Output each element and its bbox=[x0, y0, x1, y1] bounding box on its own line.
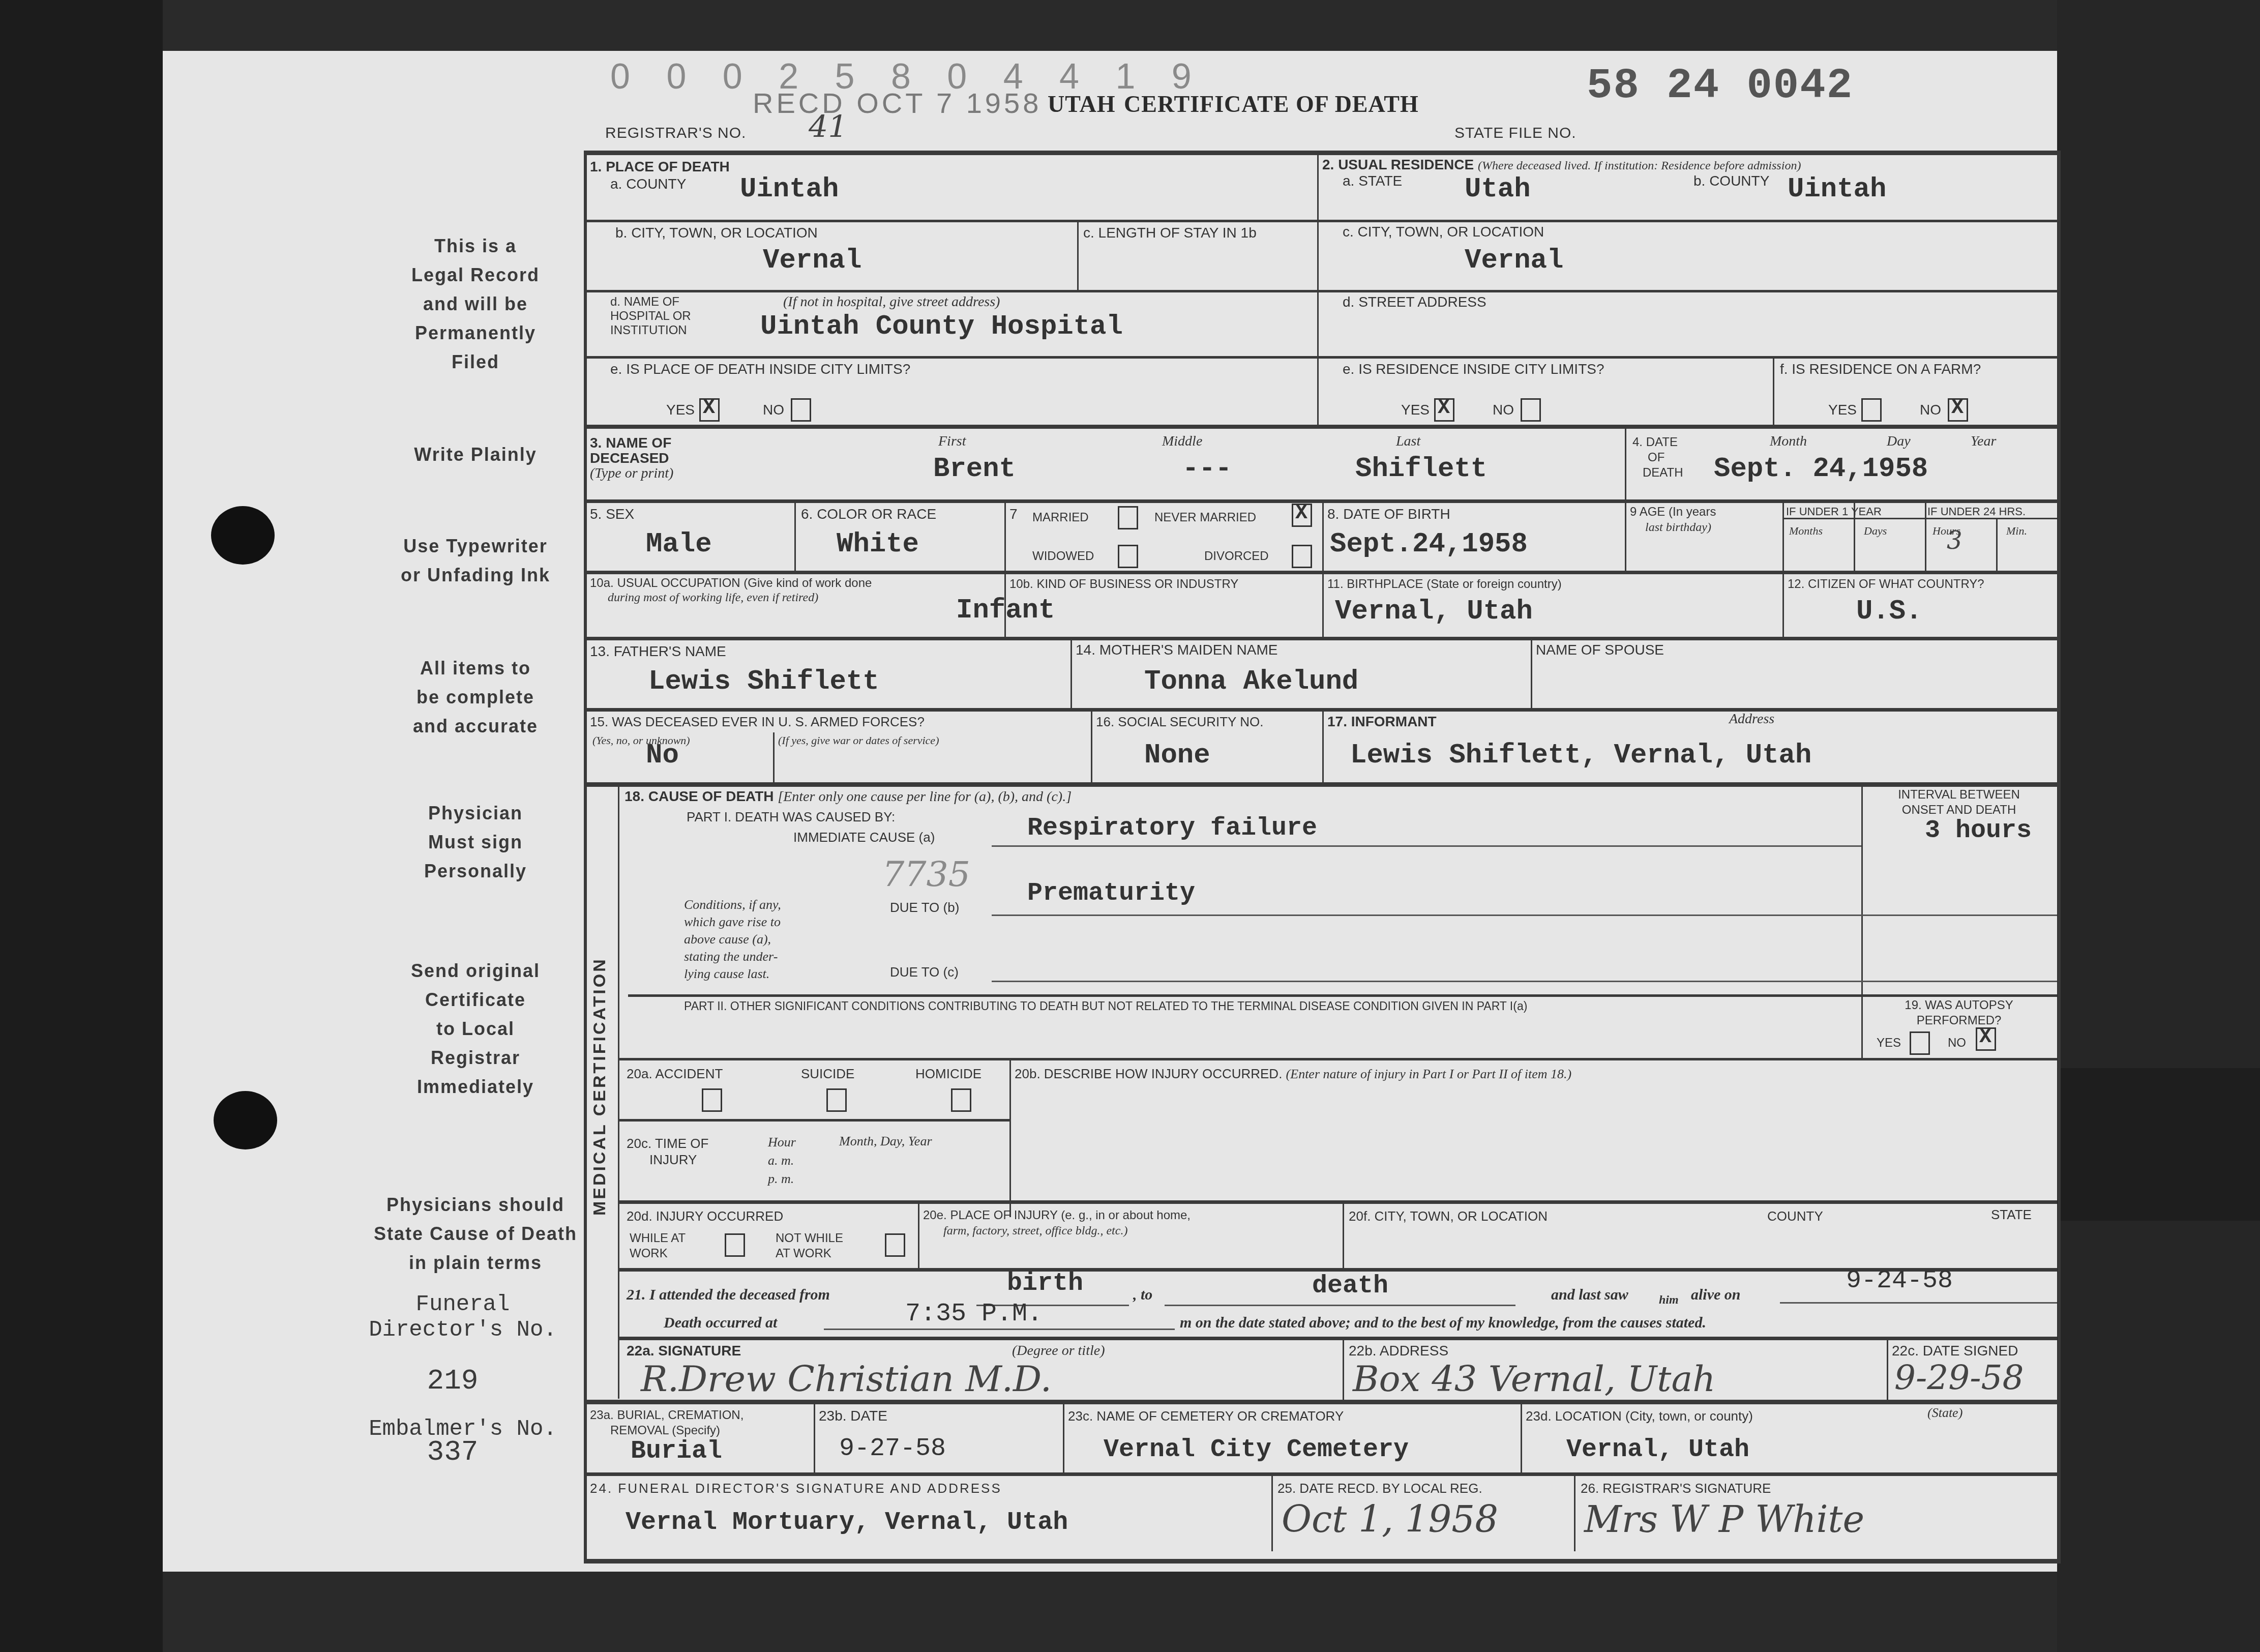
divider bbox=[584, 499, 2058, 503]
name-of-deceased-label: 3. NAME OF DECEASED (Type or print) bbox=[590, 435, 673, 481]
margin-note-line: Immediately bbox=[376, 1072, 575, 1101]
divider bbox=[1521, 1403, 1522, 1474]
attended-to-line bbox=[1165, 1305, 1515, 1306]
registrars-no-label: REGISTRAR'S NO. bbox=[605, 125, 746, 142]
accident-checkbox[interactable] bbox=[702, 1088, 722, 1112]
divider bbox=[814, 1403, 815, 1474]
margin-note-line: and accurate bbox=[376, 712, 575, 741]
last-name-label: Last bbox=[1396, 433, 1420, 450]
margin-note-complete: All items to be complete and accurate bbox=[376, 654, 575, 741]
label-line: 19. WAS AUTOPSY bbox=[1867, 998, 2050, 1013]
divider bbox=[1343, 1203, 1344, 1269]
divider bbox=[584, 637, 2058, 640]
date-of-birth[interactable]: Sept.24,1958 bbox=[1330, 529, 1528, 560]
citizen-label: 12. CITIZEN OF WHAT COUNTRY? bbox=[1788, 576, 1984, 593]
not-while-at-work-checkbox[interactable] bbox=[885, 1233, 905, 1257]
death-inside-city-no-checkbox[interactable] bbox=[791, 398, 811, 422]
age-hours[interactable]: 3 bbox=[1947, 526, 1962, 555]
homicide-label: HOMICIDE bbox=[915, 1066, 982, 1082]
label-line: ONSET AND DEATH bbox=[1867, 803, 2050, 818]
received-stamp: RECD OCT 7 1958 bbox=[753, 86, 1042, 120]
while-at-work-label: WHILE AT WORK bbox=[630, 1231, 686, 1261]
informant-address-label: Address bbox=[1729, 711, 1774, 727]
physician-address[interactable]: Box 43 Vernal, Utah bbox=[1353, 1358, 1715, 1400]
punch-hole-icon bbox=[214, 1091, 277, 1149]
divider bbox=[794, 501, 796, 572]
section-label-medical-certification: MEDICAL CERTIFICATION bbox=[590, 957, 610, 1216]
cause-of-death-label: 18. CAUSE OF DEATH [Enter only one cause… bbox=[625, 788, 1072, 805]
label-line: 4. DATE bbox=[1632, 435, 1683, 450]
label-line: farm, factory, street, office bldg., etc… bbox=[923, 1223, 1191, 1238]
signature-label: 22a. SIGNATURE bbox=[627, 1343, 741, 1359]
father-name[interactable]: Lewis Shiflett bbox=[648, 666, 879, 697]
physician-signature[interactable]: R.Drew Christian M.D. bbox=[641, 1358, 1052, 1400]
months-label: Months bbox=[1789, 523, 1823, 539]
registrars-no-value: 41 bbox=[809, 109, 847, 145]
attended-text: 21. I attended the deceased from bbox=[627, 1287, 830, 1303]
death-occurred-text: Death occurred at bbox=[664, 1315, 777, 1331]
residence-inside-city-yes-checkbox[interactable] bbox=[1434, 398, 1454, 422]
embalmer-no: 337 bbox=[356, 1439, 549, 1465]
last-saw-text: and last saw bbox=[1551, 1287, 1628, 1303]
autopsy-yes-checkbox[interactable] bbox=[1910, 1031, 1930, 1055]
armed-forces-value[interactable]: No bbox=[646, 740, 679, 771]
city-label: c. CITY, TOWN, OR LOCATION bbox=[1343, 224, 1544, 240]
divider bbox=[584, 220, 2058, 222]
hospital-label: d. NAME OF HOSPITAL OR INSTITUTION bbox=[610, 295, 691, 338]
label-line: last birthday) bbox=[1630, 520, 1716, 535]
middle-name[interactable]: --- bbox=[1182, 454, 1232, 485]
hint-text: (Where deceased lived. If institution: R… bbox=[1478, 159, 1801, 172]
immediate-cause[interactable]: Respiratory failure bbox=[1027, 814, 1317, 843]
label-text: 22a. SIGNATURE bbox=[627, 1343, 741, 1359]
divider bbox=[1887, 1339, 1888, 1400]
punch-hole-icon bbox=[211, 506, 275, 565]
label-line: INSTITUTION bbox=[610, 323, 691, 338]
attended-from[interactable]: birth bbox=[1007, 1269, 1083, 1298]
divider bbox=[1782, 501, 1784, 572]
divider bbox=[584, 1400, 2058, 1404]
burial-state-label: (State) bbox=[1927, 1405, 1962, 1421]
autopsy-no-checkbox[interactable] bbox=[1976, 1027, 1996, 1051]
year-label: Year bbox=[1971, 433, 1996, 450]
label-line: lying cause last. bbox=[684, 965, 781, 983]
no-label: NO bbox=[763, 402, 784, 418]
cause-c-line bbox=[992, 981, 2057, 982]
label-line: DECEASED bbox=[590, 450, 669, 466]
cause-code-annotation: 7735 bbox=[882, 854, 970, 895]
margin-note-line: be complete bbox=[376, 683, 575, 712]
death-time[interactable]: 7:35 P.M. bbox=[905, 1300, 1043, 1329]
degree-label: (Degree or title) bbox=[1012, 1343, 1105, 1359]
divider bbox=[584, 356, 2058, 359]
last-seen-alive-date[interactable]: 9-24-58 bbox=[1846, 1266, 1953, 1295]
label-line: REMOVAL (Specify) bbox=[590, 1423, 744, 1438]
suicide-label: SUICIDE bbox=[801, 1066, 854, 1082]
days-label: Days bbox=[1864, 523, 1887, 539]
margin-note-line: All items to bbox=[376, 654, 575, 683]
county-label: a. COUNTY bbox=[610, 176, 686, 192]
label-line: AT WORK bbox=[776, 1246, 843, 1261]
armed-forces-hint-war: (If yes, give war or dates of service) bbox=[778, 732, 939, 749]
due-to-b-label: DUE TO (b) bbox=[890, 899, 959, 916]
date-of-birth-label: 8. DATE OF BIRTH bbox=[1327, 506, 1450, 522]
funeral-director-value[interactable]: Vernal Mortuary, Vernal, Utah bbox=[626, 1508, 1068, 1537]
state-file-no-label: STATE FILE NO. bbox=[1454, 125, 1577, 142]
spouse-label: NAME OF SPOUSE bbox=[1536, 642, 1664, 658]
label-line: Director's No. bbox=[356, 1317, 570, 1343]
injury-state-label: STATE bbox=[1991, 1206, 2032, 1223]
to-text: , to bbox=[1133, 1287, 1152, 1303]
margin-note-line: This is a bbox=[376, 231, 575, 260]
date-of-death[interactable]: Sept. 24,1958 bbox=[1714, 454, 1928, 485]
length-of-stay-label: c. LENGTH OF STAY IN 1b bbox=[1083, 225, 1257, 241]
scan-border-band bbox=[2057, 1068, 2260, 1221]
mother-label: 14. MOTHER'S MAIDEN NAME bbox=[1076, 642, 1277, 658]
attended-to[interactable]: death bbox=[1312, 1272, 1388, 1301]
place-of-death-city[interactable]: Vernal bbox=[763, 245, 861, 276]
homicide-checkbox[interactable] bbox=[951, 1088, 971, 1112]
middle-name-label: Middle bbox=[1162, 433, 1202, 450]
divider bbox=[1531, 638, 1532, 710]
label-line: stating the under- bbox=[684, 948, 781, 965]
injury-city-label: 20f. CITY, TOWN, OR LOCATION bbox=[1349, 1208, 1548, 1224]
margin-note-line: Certificate bbox=[376, 985, 575, 1014]
first-name[interactable]: Brent bbox=[933, 454, 1016, 485]
occupation-label: 10a. USUAL OCCUPATION (Give kind of work… bbox=[590, 576, 872, 605]
divider bbox=[1070, 638, 1072, 710]
margin-note-line: Permanently bbox=[376, 318, 575, 347]
married-label: MARRIED bbox=[1032, 510, 1089, 526]
father-label: 13. FATHER'S NAME bbox=[590, 643, 726, 660]
burial-location-label: 23d. LOCATION (City, town, or county) bbox=[1526, 1408, 1753, 1424]
accident-label: 20a. ACCIDENT bbox=[627, 1066, 723, 1082]
injury-occurred-label: 20d. INJURY OCCURRED bbox=[627, 1208, 783, 1224]
residence-inside-city-no-checkbox[interactable] bbox=[1521, 398, 1541, 422]
funeral-director-no-label: Funeral Director's No. bbox=[356, 1292, 570, 1343]
divider bbox=[1925, 501, 1926, 572]
hospital-name[interactable]: Uintah County Hospital bbox=[760, 311, 1123, 342]
race-value[interactable]: White bbox=[837, 529, 919, 560]
informant-label: 17. INFORMANT bbox=[1327, 714, 1437, 730]
divider bbox=[1773, 356, 1774, 425]
margin-note-send-original: Send original Certificate to Local Regis… bbox=[376, 956, 575, 1101]
divider bbox=[1271, 1475, 1273, 1551]
yes-label: YES bbox=[1401, 402, 1430, 418]
margin-note-line: in plain terms bbox=[356, 1248, 595, 1277]
label-line: p. m. bbox=[768, 1170, 796, 1188]
divider bbox=[1322, 710, 1324, 783]
margin-note-line: Send original bbox=[376, 956, 575, 985]
physician-address-label: 22b. ADDRESS bbox=[1349, 1343, 1448, 1359]
margin-note-line: Use Typewriter bbox=[376, 532, 575, 560]
residence-inside-city-label: e. IS RESIDENCE INSIDE CITY LIMITS? bbox=[1343, 361, 1604, 377]
hour-label: Hour a. m. p. m. bbox=[768, 1133, 796, 1188]
label-line: a. m. bbox=[768, 1152, 796, 1170]
divider bbox=[584, 290, 2058, 292]
divider bbox=[618, 1200, 2057, 1204]
interval-label: INTERVAL BETWEEN ONSET AND DEATH bbox=[1867, 787, 2050, 818]
state-file-number: 58 24 0042 bbox=[1587, 62, 1853, 110]
divider bbox=[618, 1268, 2057, 1272]
divider bbox=[584, 708, 2058, 712]
first-name-label: First bbox=[938, 433, 966, 450]
month-day-year-label: Month, Day, Year bbox=[839, 1133, 932, 1149]
burial-date[interactable]: 9-27-58 bbox=[839, 1434, 946, 1463]
divider bbox=[618, 786, 619, 1399]
margin-note-physician-sign: Physician Must sign Personally bbox=[376, 799, 575, 886]
residence-county[interactable]: Uintah bbox=[1788, 174, 1886, 205]
margin-note-line: Write Plainly bbox=[376, 440, 575, 469]
registrar-signature[interactable]: Mrs W P White bbox=[1584, 1498, 1864, 1541]
mother-maiden-name[interactable]: Tonna Akelund bbox=[1144, 666, 1358, 697]
married-checkbox[interactable] bbox=[1118, 506, 1138, 529]
describe-injury-label: 20b. DESCRIBE HOW INJURY OCCURRED. (Ente… bbox=[1015, 1066, 1571, 1082]
label-line: HOSPITAL OR bbox=[610, 309, 691, 323]
page-title: CERTIFICATE OF DEATH bbox=[1124, 91, 1419, 117]
cause-a-line bbox=[992, 845, 1861, 847]
alive-on-text: alive on bbox=[1691, 1287, 1741, 1303]
ssn-value[interactable]: None bbox=[1144, 740, 1210, 771]
label-line: NOT WHILE bbox=[776, 1231, 843, 1246]
margin-note-line: or Unfading Ink bbox=[376, 560, 575, 589]
cause-b-line bbox=[992, 914, 2057, 916]
part2-label: PART II. OTHER SIGNIFICANT CONDITIONS CO… bbox=[684, 998, 1527, 1014]
street-label: d. STREET ADDRESS bbox=[1343, 294, 1486, 310]
margin-note-line: Filed bbox=[376, 347, 575, 376]
label-line: 3. NAME OF bbox=[590, 435, 671, 451]
death-inside-city-yes-checkbox[interactable] bbox=[699, 398, 720, 422]
divider bbox=[584, 1472, 2058, 1476]
month-label: Month bbox=[1770, 433, 1807, 450]
margin-note-line: Physician bbox=[376, 799, 575, 828]
label-line: Funeral bbox=[356, 1292, 570, 1317]
birthplace-label: 11. BIRTHPLACE (State or foreign country… bbox=[1327, 576, 1562, 593]
due-to-c-label: DUE TO (c) bbox=[890, 964, 959, 980]
divider bbox=[1009, 1059, 1011, 1217]
last-seen-line bbox=[1780, 1302, 2057, 1304]
yes-label: YES bbox=[666, 402, 695, 418]
city-label: b. CITY, TOWN, OR LOCATION bbox=[615, 225, 818, 241]
occupation-value[interactable]: Infant bbox=[956, 595, 1055, 626]
death-inside-city-label: e. IS PLACE OF DEATH INSIDE CITY LIMITS? bbox=[610, 361, 910, 377]
divider bbox=[584, 571, 2058, 574]
cemetery-label: 23c. NAME OF CEMETERY OR CREMATORY bbox=[1068, 1408, 1344, 1424]
label-line: d. NAME OF bbox=[610, 295, 691, 309]
margin-note-line: Legal Record bbox=[376, 260, 575, 289]
margin-note-line: to Local bbox=[376, 1014, 575, 1043]
label-line: 10a. USUAL OCCUPATION (Give kind of work… bbox=[590, 576, 872, 591]
sex-value[interactable]: Male bbox=[646, 529, 712, 560]
suicide-checkbox[interactable] bbox=[826, 1088, 847, 1112]
usual-residence-label: 2. USUAL RESIDENCE (Where deceased lived… bbox=[1322, 157, 1801, 174]
injury-county-label: COUNTY bbox=[1767, 1208, 1823, 1224]
divider bbox=[773, 732, 775, 783]
yes-label: YES bbox=[1877, 1035, 1901, 1051]
disposition-label: 23a. BURIAL, CREMATION, REMOVAL (Specify… bbox=[590, 1408, 744, 1438]
label-line: 20c. TIME OF bbox=[627, 1135, 708, 1152]
label-line: PERFORMED? bbox=[1867, 1013, 2050, 1028]
divider bbox=[1322, 572, 1324, 638]
yes-label: YES bbox=[1828, 402, 1857, 418]
ssn-label: 16. SOCIAL SECURITY NO. bbox=[1096, 714, 1263, 730]
label-line: Conditions, if any, bbox=[684, 896, 781, 913]
place-of-death-county[interactable]: Uintah bbox=[740, 174, 839, 205]
date-of-death-label: 4. DATE OF DEATH bbox=[1632, 435, 1683, 481]
margin-note-line: Must sign bbox=[376, 828, 575, 857]
label-line: Hour bbox=[768, 1133, 796, 1152]
label-line: (Type or print) bbox=[590, 466, 673, 481]
age-label: 9 AGE (In years last birthday) bbox=[1630, 505, 1716, 535]
divorced-label: DIVORCED bbox=[1204, 548, 1269, 565]
label-line: 23a. BURIAL, CREMATION, bbox=[590, 1408, 744, 1423]
label-line: OF bbox=[1632, 450, 1683, 465]
date-signed-label: 22c. DATE SIGNED bbox=[1892, 1343, 2018, 1359]
divider bbox=[918, 1203, 919, 1269]
margin-note-line: Personally bbox=[376, 857, 575, 886]
label-text: 18. CAUSE OF DEATH bbox=[625, 788, 774, 804]
date-received[interactable]: Oct 1, 1958 bbox=[1282, 1498, 1498, 1541]
hint-text: [Enter only one cause per line for (a), … bbox=[778, 789, 1072, 805]
min-label: Min. bbox=[2006, 523, 2027, 539]
date-received-label: 25. DATE RECD. BY LOCAL REG. bbox=[1277, 1480, 1482, 1496]
interval-value[interactable]: 3 hours bbox=[1925, 816, 2032, 845]
birthplace-value[interactable]: Vernal, Utah bbox=[1335, 596, 1533, 627]
label-line: 20e. PLACE OF INJURY (e. g., in or about… bbox=[923, 1208, 1191, 1223]
divider bbox=[1343, 1339, 1344, 1400]
widowed-label: WIDOWED bbox=[1032, 548, 1094, 565]
label-line: WHILE AT bbox=[630, 1231, 686, 1246]
divider bbox=[584, 425, 2058, 429]
label-line: DEATH bbox=[1632, 465, 1683, 481]
label-line: INJURY bbox=[627, 1152, 708, 1168]
divider bbox=[1317, 151, 1319, 428]
label-line: WORK bbox=[630, 1246, 686, 1261]
margin-note-line: Physicians should bbox=[356, 1190, 595, 1219]
never-married-checkbox[interactable] bbox=[1292, 504, 1312, 527]
divider bbox=[1782, 572, 1784, 638]
hint-text: (Enter nature of injury in Part I or Par… bbox=[1286, 1067, 1572, 1081]
label-line: 9 AGE (In years bbox=[1630, 505, 1716, 520]
county-label: b. COUNTY bbox=[1693, 173, 1769, 189]
label-text: 1. PLACE OF DEATH bbox=[590, 159, 730, 174]
state-label: a. STATE bbox=[1343, 173, 1402, 189]
immediate-cause-label: IMMEDIATE CAUSE (a) bbox=[793, 829, 935, 845]
no-label: NO bbox=[1948, 1035, 1966, 1051]
label-line: which gave rise to bbox=[684, 913, 781, 931]
place-of-injury-label: 20e. PLACE OF INJURY (e. g., in or about… bbox=[923, 1208, 1191, 1238]
under-1-year-label: IF UNDER 1 YEAR bbox=[1786, 504, 1882, 520]
industry-label: 10b. KIND OF BUSINESS OR INDUSTRY bbox=[1009, 576, 1238, 593]
her-him-text: him bbox=[1659, 1292, 1679, 1308]
residence-city[interactable]: Vernal bbox=[1465, 245, 1563, 276]
label-line: above cause (a), bbox=[684, 931, 781, 948]
farm-yes-checkbox[interactable] bbox=[1861, 398, 1882, 422]
margin-note-plain-terms: Physicians should State Cause of Death i… bbox=[356, 1190, 595, 1277]
farm-no-checkbox[interactable] bbox=[1948, 398, 1968, 422]
margin-note-line: Registrar bbox=[376, 1043, 575, 1072]
no-label: NO bbox=[1920, 402, 1941, 418]
place-of-death-label: 1. PLACE OF DEATH bbox=[590, 159, 730, 175]
cemetery-name[interactable]: Vernal City Cemetery bbox=[1104, 1435, 1409, 1464]
divider bbox=[584, 782, 2058, 787]
label-line: during most of working life, even if ret… bbox=[590, 591, 872, 605]
funeral-director-label: 24. FUNERAL DIRECTOR'S SIGNATURE AND ADD… bbox=[590, 1480, 1002, 1496]
label-text: 2. USUAL RESIDENCE bbox=[1322, 157, 1474, 172]
burial-location[interactable]: Vernal, Utah bbox=[1566, 1435, 1749, 1464]
divider bbox=[1091, 710, 1092, 783]
attestation-text: m on the date stated above; and to the b… bbox=[1180, 1315, 1706, 1331]
margin-note-legal-record: This is a Legal Record and will be Perma… bbox=[376, 231, 575, 376]
divorced-checkbox[interactable] bbox=[1292, 545, 1312, 568]
divider bbox=[618, 1058, 2057, 1060]
margin-note-typewriter: Use Typewriter or Unfading Ink bbox=[376, 532, 575, 589]
burial-date-label: 23b. DATE bbox=[819, 1408, 887, 1424]
disposition-value[interactable]: Burial bbox=[631, 1437, 722, 1466]
widowed-checkbox[interactable] bbox=[1118, 545, 1138, 568]
divider bbox=[1077, 220, 1079, 290]
never-married-label: NEVER MARRIED bbox=[1154, 510, 1256, 526]
divider bbox=[1996, 519, 1998, 572]
label-text: 20b. DESCRIBE HOW INJURY OCCURRED. bbox=[1015, 1066, 1282, 1081]
informant-value[interactable]: Lewis Shiflett, Vernal, Utah bbox=[1350, 740, 1811, 771]
time-of-injury-label: 20c. TIME OF INJURY bbox=[627, 1135, 708, 1168]
day-label: Day bbox=[1887, 433, 1911, 450]
citizen-value[interactable]: U.S. bbox=[1856, 596, 1922, 627]
last-name[interactable]: Shiflett bbox=[1355, 454, 1487, 485]
under-24-hrs-label: IF UNDER 24 HRS. bbox=[1927, 504, 2026, 520]
margin-note-write-plainly: Write Plainly bbox=[376, 440, 575, 469]
divider bbox=[1861, 786, 1863, 1060]
hospital-hint: (If not in hospital, give street address… bbox=[783, 294, 1000, 310]
sex-label: 5. SEX bbox=[590, 506, 634, 522]
divider bbox=[1574, 1475, 1575, 1551]
while-at-work-checkbox[interactable] bbox=[725, 1233, 745, 1257]
divider bbox=[1004, 501, 1006, 572]
divider bbox=[1625, 427, 1626, 572]
no-label: NO bbox=[1493, 402, 1514, 418]
armed-forces-label: 15. WAS DECEASED EVER IN U. S. ARMED FOR… bbox=[590, 714, 925, 730]
divider bbox=[618, 1337, 2057, 1340]
conditions-hint: Conditions, if any, which gave rise to a… bbox=[684, 896, 781, 983]
autopsy-label: 19. WAS AUTOPSY PERFORMED? bbox=[1867, 998, 2050, 1028]
death-time-line bbox=[824, 1329, 1175, 1330]
divider bbox=[628, 994, 2057, 997]
part1-label: PART I. DEATH WAS CAUSED BY: bbox=[687, 809, 895, 825]
divider bbox=[1322, 501, 1324, 572]
margin-note-line: State Cause of Death bbox=[356, 1219, 595, 1248]
label-text: 17. INFORMANT bbox=[1327, 714, 1437, 729]
marital-number: 7 bbox=[1009, 506, 1018, 522]
registrar-signature-label: 26. REGISTRAR'S SIGNATURE bbox=[1581, 1480, 1771, 1496]
scan-border-right bbox=[2057, 0, 2260, 1652]
residence-state[interactable]: Utah bbox=[1465, 174, 1531, 205]
scan-border-left bbox=[0, 0, 163, 1652]
divider bbox=[618, 1119, 1009, 1122]
divider bbox=[1063, 1403, 1064, 1474]
margin-note-line: and will be bbox=[376, 289, 575, 318]
race-label: 6. COLOR OR RACE bbox=[801, 506, 936, 522]
farm-label: f. IS RESIDENCE ON A FARM? bbox=[1780, 361, 1981, 377]
date-signed[interactable]: 9-29-58 bbox=[1894, 1358, 2024, 1397]
due-to-b[interactable]: Prematurity bbox=[1027, 879, 1195, 908]
not-while-at-work-label: NOT WHILE AT WORK bbox=[776, 1231, 843, 1261]
title-state: UTAH bbox=[1048, 91, 1116, 117]
label-line: INTERVAL BETWEEN bbox=[1867, 787, 2050, 803]
funeral-director-no: 219 bbox=[356, 1368, 549, 1394]
